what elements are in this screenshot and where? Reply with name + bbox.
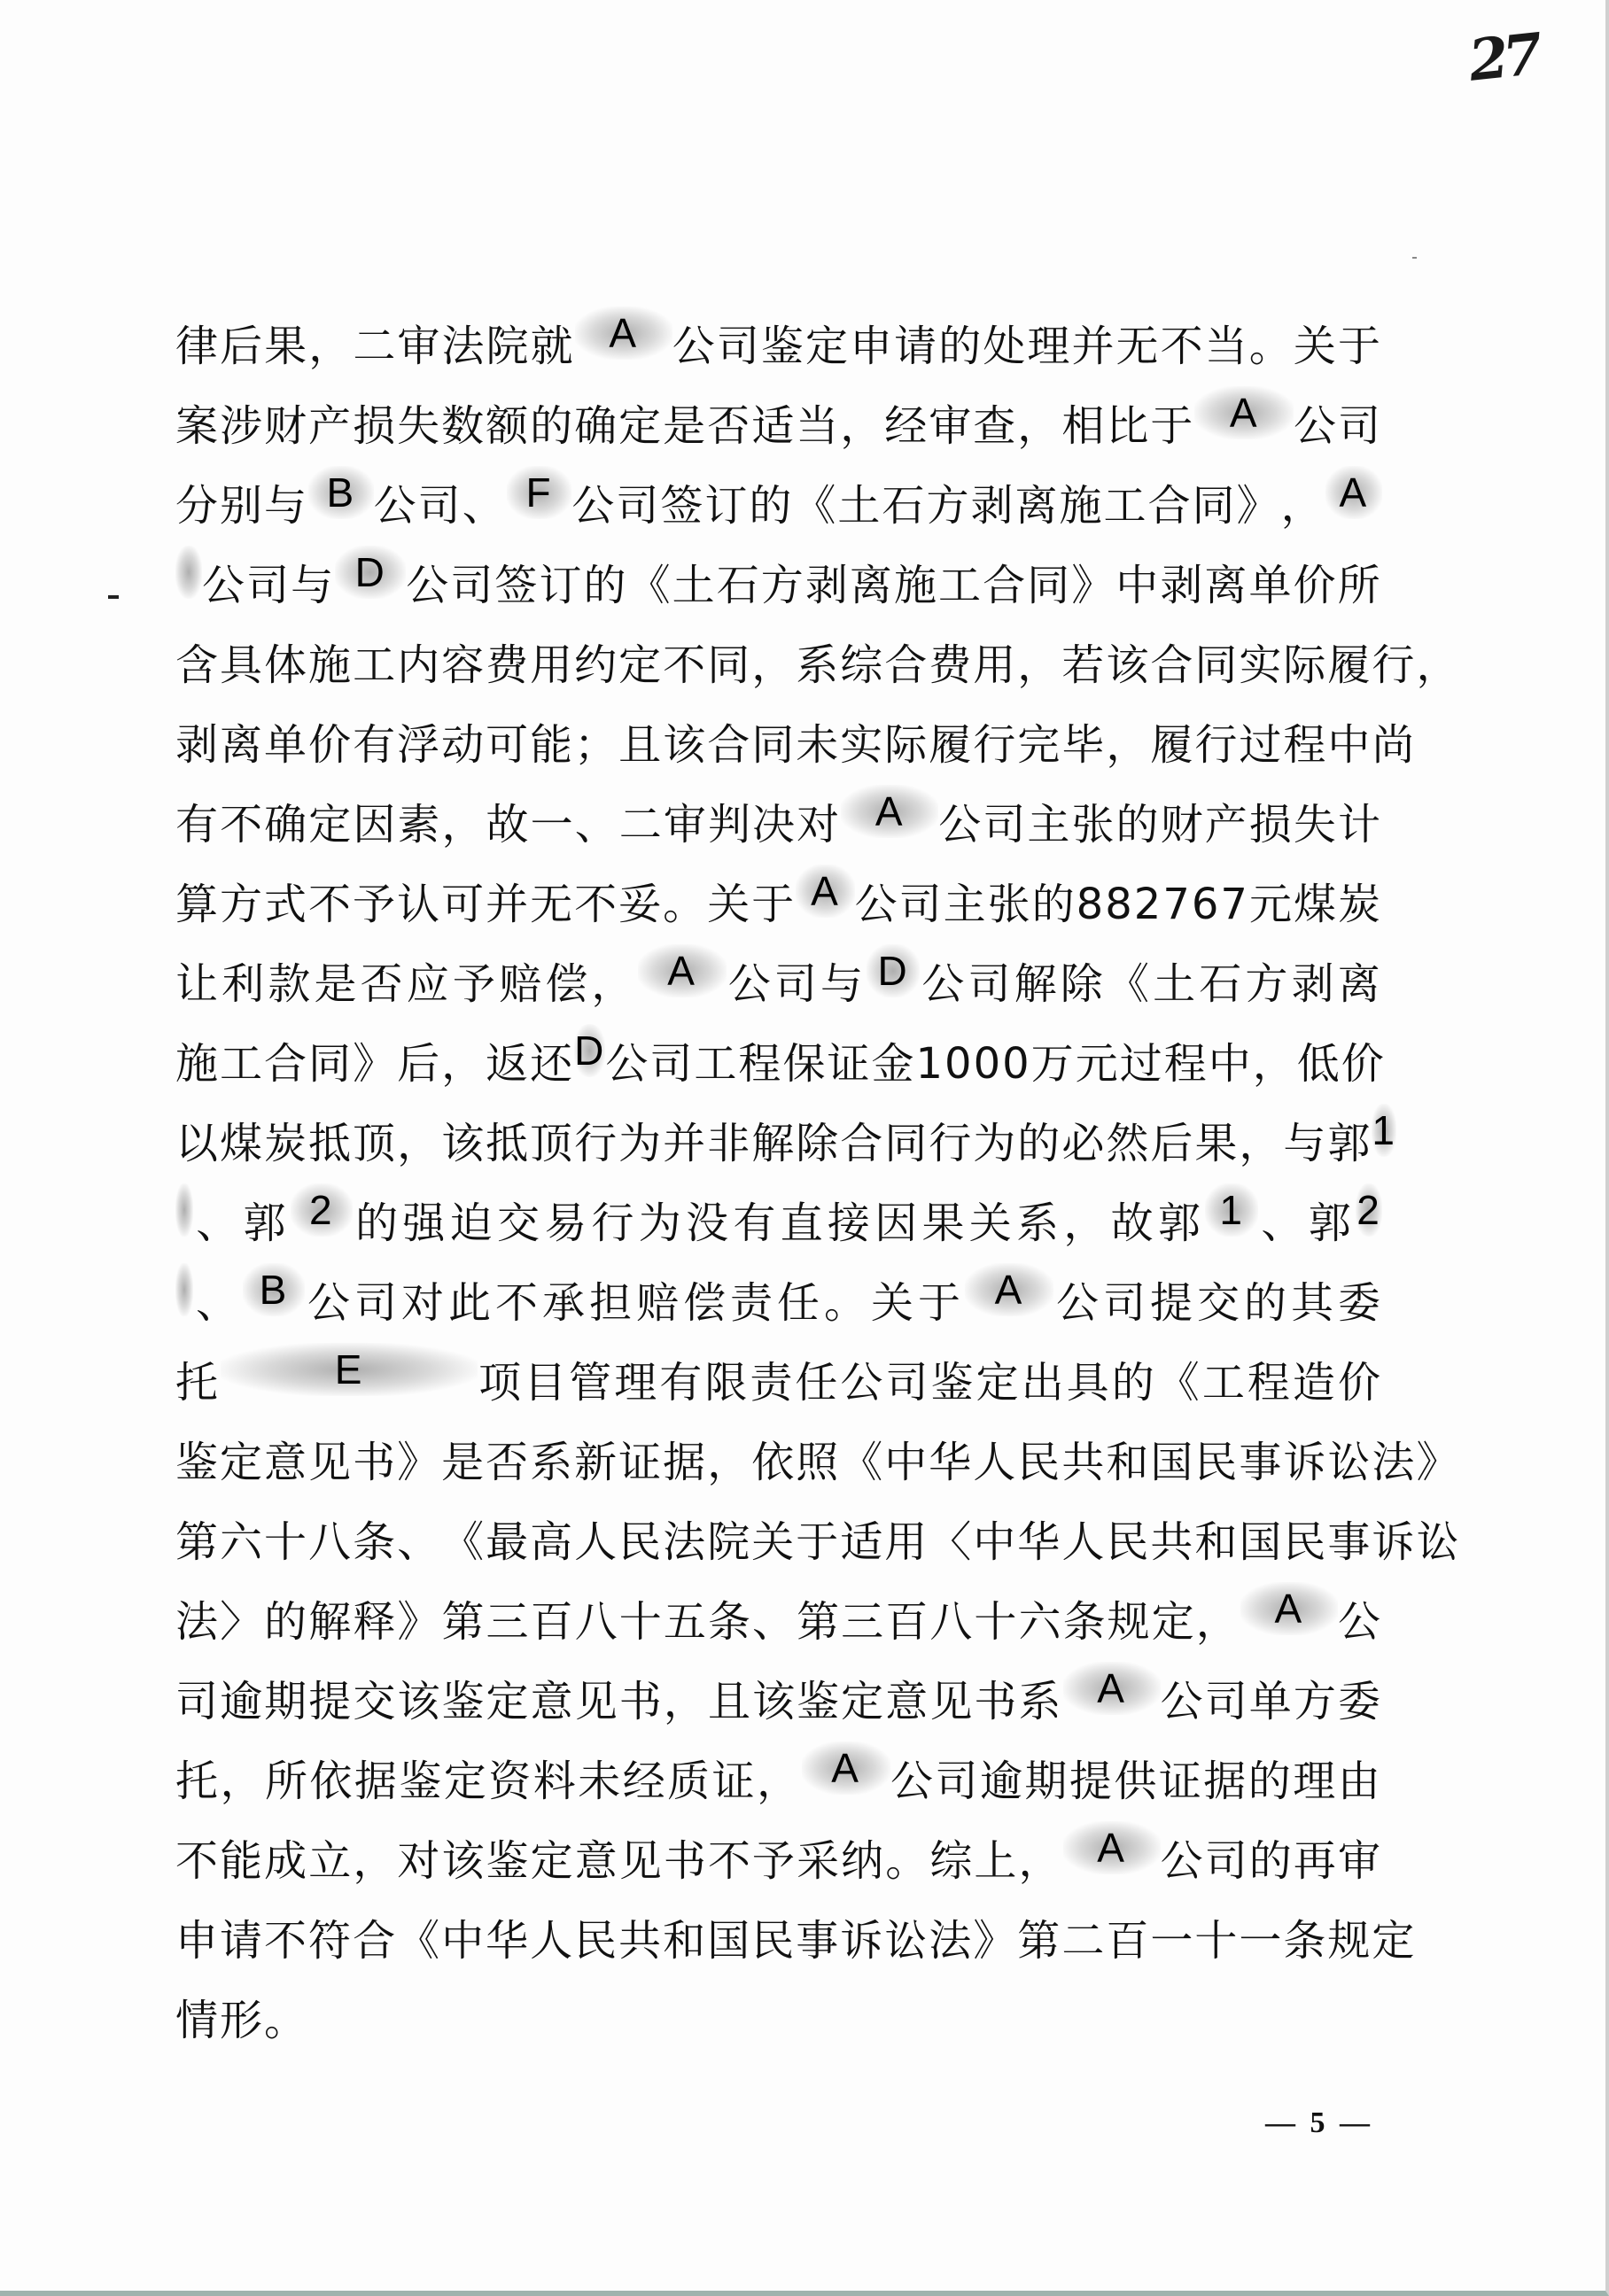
text-char: 证 [827,1024,871,1104]
text-char: 保 [782,1024,827,1104]
text-char: 财 [1161,785,1205,865]
text-char: 有 [353,705,397,785]
text-char: 郭 [1327,1104,1372,1183]
text-char: 离 [220,705,264,785]
text-char: 定 [841,1662,885,1741]
text-char: 对 [797,785,841,865]
text-char: 项 [478,1343,523,1423]
text-char: 。 [1249,306,1294,386]
text-char: 因 [353,785,397,865]
text-char: 合 [983,546,1027,625]
text-char: 8 [1105,865,1134,944]
text-char: 不 [708,1821,752,1901]
text-char: 单 [264,705,308,785]
text-char: 际 [884,705,929,785]
text-char: 经 [884,386,929,466]
text-char: 》 [353,1024,397,1104]
text-char: 八 [929,1582,974,1662]
document-body-text: 律后果，二审法院就A公司鉴定申请的处理并无不当。关于案涉财产损失数额的确定是否适… [175,306,1382,2060]
text-char: 和 [663,1901,707,1981]
text-char: 予 [353,865,397,944]
text-char: 程 [738,1024,782,1104]
text-char: 中 [1327,705,1372,785]
text-char: 申 [175,1901,220,1981]
text-char: 鉴 [761,306,805,386]
text-char: 的 [264,1582,308,1662]
redacted-party-name [175,1263,193,1316]
text-char: 是 [663,386,707,466]
text-char: ， [751,625,796,705]
text-char: ， [1018,1821,1062,1901]
text-char: 法 [663,1502,707,1582]
text-char: 元 [1249,865,1294,944]
text-line: 鉴定意见书》是否系新证据，依照《中华人民共和国民事诉讼法》 [175,1423,1382,1502]
text-char: 同 [1027,546,1071,625]
text-char: 意 [264,1423,308,1502]
text-char: 含 [175,625,220,705]
text-char: 承 [542,1263,587,1343]
text-char: 0 [974,1024,1003,1104]
text-char: 见 [619,1821,664,1901]
text-char: 石 [717,546,761,625]
text-char: 民 [1283,1502,1327,1582]
text-char: 并 [1071,306,1115,386]
text-char: 施 [894,546,938,625]
text-char: 7 [1220,865,1249,944]
text-char: 合 [840,1104,884,1183]
text-char: 理 [614,1343,658,1423]
text-char: 石 [1199,944,1243,1024]
text-char: 方 [1294,1662,1338,1741]
text-char: 资 [488,1741,532,1821]
text-char: 0 [944,1024,974,1104]
text-char: 否 [707,386,751,466]
text-char: ， [308,306,353,386]
text-char: 程 [1164,1024,1209,1104]
text-char: 一 [1150,1901,1194,1981]
text-char: 百 [885,1582,929,1662]
text-char: 目 [524,1343,568,1423]
text-char: 法 [441,306,486,386]
text-char: 不 [264,1901,308,1981]
text-char: 采 [797,1821,841,1901]
text-char: 果 [1194,1104,1239,1183]
text-char: 无 [1116,306,1161,386]
text-char: 公 [1161,1821,1205,1901]
text-char: 公 [307,1263,352,1343]
text-char: 书 [353,1423,397,1502]
text-char: 条 [1283,1901,1327,1981]
text-char: 剥 [1292,944,1336,1024]
text-char: 讼 [884,1901,929,1981]
text-char: 》 [1071,546,1115,625]
text-char: 立 [308,1821,353,1901]
text-char: 民 [1194,1423,1239,1502]
text-char: 百 [1106,1901,1150,1981]
text-char: 非 [707,1104,751,1183]
redacted-party-name: A [638,944,727,997]
text-char: 具 [1067,1343,1111,1423]
text-char: 托 [175,1741,220,1821]
text-char: 定 [220,1423,264,1502]
text-char: 规 [1327,1901,1372,1981]
text-char: 强 [402,1183,447,1263]
text-char: 尚 [1372,705,1416,785]
text-char: 书 [974,1662,1018,1741]
text-char: 造 [1293,1343,1337,1423]
text-char: 款 [268,944,312,1024]
text-char: 逾 [980,1741,1024,1821]
text-char: 任 [777,1263,821,1343]
text-char: 》 [973,1901,1017,1981]
text-char: 理 [1293,1741,1337,1821]
text-line: 第六十八条、《最高人民法院关于适用〈中华人民共和国民事诉讼 [175,1502,1382,1582]
text-char: 二 [619,785,664,865]
text-char: 其 [1291,1263,1335,1343]
text-char: 有 [175,785,220,865]
text-char: 据 [354,1741,399,1821]
text-char: 低 [1297,1024,1341,1104]
text-char: 并 [663,1104,707,1183]
text-line: 有不确定因素，故一、二审判决对A公司主张的财产损失计 [175,785,1382,865]
text-char: 期 [264,1662,308,1741]
text-char: 定 [531,1821,575,1901]
text-char: 若 [1061,625,1106,705]
text-char: 内 [397,625,441,705]
text-char: 》 [1237,466,1281,546]
text-char: 故 [486,785,531,865]
text-char: 十 [619,1582,664,1662]
text-char: ， [707,1423,751,1502]
text-char: 有 [659,1343,703,1423]
text-char: 合 [264,1024,308,1104]
text-char: 公 [1338,1582,1382,1662]
text-char: 0 [1002,1024,1031,1104]
text-char: 该 [663,705,707,785]
text-char: 公 [921,944,966,1024]
text-char: 公 [374,466,418,546]
text-char: 同 [707,625,751,705]
text-char: 诉 [1372,1502,1416,1582]
text-char: 百 [531,1582,575,1662]
text-char: 交 [1197,1263,1241,1343]
text-char: 委 [1338,1662,1382,1741]
text-line: 、郭2的强迫交易行为没有直接因果关系，故郭1、郭2 [175,1183,1382,1263]
text-char: ， [1017,625,1061,705]
text-char: 际 [1283,625,1327,705]
text-char: 案 [175,386,220,466]
text-char: 与 [820,944,865,1024]
text-line: 分别与B公司、F公司签订的《土石方剥离施工合同》，A [175,466,1382,546]
text-char: ， [353,1821,397,1901]
text-char: 上 [974,1821,1018,1901]
text-char: 必 [1061,1104,1106,1183]
text-char: 行 [592,1183,636,1263]
text-char: 方 [220,865,264,944]
text-char: 《 [441,1502,486,1582]
text-char: 体 [264,625,308,705]
text-char: 任 [795,1343,839,1423]
text-char: 五 [664,1582,708,1662]
text-char: 司 [354,1263,399,1343]
text-char: 中 [1209,1024,1253,1104]
text-char: 与 [1283,1104,1327,1183]
text-char: 交 [497,1183,541,1263]
text-char: 并 [486,865,530,944]
text-char: 该 [441,1821,486,1901]
text-char: 责 [750,1343,794,1423]
text-char: 提 [1150,1263,1194,1343]
text-char: 为 [973,1104,1017,1183]
text-char: 履 [929,705,973,785]
text-char: ， [840,386,884,466]
text-char: 国 [1150,1423,1194,1502]
text-char: 三 [486,1582,531,1662]
text-line: 情形。 [175,1981,1382,2060]
text-char: 《 [1157,1343,1201,1423]
text-char: 抵 [308,1104,353,1183]
text-char: 供 [1114,1741,1158,1821]
text-char: 财 [264,386,308,466]
text-char: 院 [707,1502,751,1582]
redacted-party-name: D [574,1024,605,1077]
text-char: 的 [1248,1741,1293,1821]
text-char: 此 [448,1263,493,1343]
text-char: 离 [1338,944,1382,1024]
text-char: 意 [531,1662,575,1741]
text-char: 比 [1106,386,1150,466]
text-char: 讼 [1416,1502,1460,1582]
text-char: 利 [222,944,266,1024]
text-char: 规 [1108,1582,1152,1662]
text-char: 失 [1294,785,1338,865]
scan-speck [1412,257,1417,259]
text-char: 中 [441,1901,486,1981]
text-char: 的 [530,386,574,466]
text-char: 公 [1294,386,1338,466]
text-char: 施 [308,625,353,705]
text-char: 煤 [220,1104,264,1183]
text-char: 应 [407,944,451,1024]
text-char: 司 [935,1741,979,1821]
text-line: 、B公司对此不承担赔偿责任。关于A公司提交的其委 [175,1263,1382,1343]
text-line: 以煤炭抵顶，该抵顶行为并非解除合同行为的必然后果，与郭1 [175,1104,1382,1183]
text-char: 认 [397,865,441,944]
text-char: 于 [796,1502,840,1582]
text-char: 当 [1205,306,1249,386]
text-char: 申 [850,306,894,386]
text-char: 予 [453,944,497,1024]
text-char: 炭 [1338,865,1382,944]
text-char: 的 [1017,1104,1061,1183]
text-char: 证 [618,1423,663,1502]
text-char: 没 [686,1183,730,1263]
text-char: 所 [1338,546,1382,625]
text-char: 的 [1244,1263,1288,1343]
text-char: 容 [441,625,486,705]
text-char: 对 [397,1821,441,1901]
text-char: 离 [1014,466,1059,546]
text-char: 同 [1194,625,1239,705]
text-char: 毕 [1061,705,1106,785]
text-char: 让 [175,944,220,1024]
text-char: 意 [575,1821,619,1901]
text-char: 符 [308,1901,353,1981]
text-char: 妥 [618,865,663,944]
text-char: 民 [574,1901,618,1981]
text-char: 同 [884,1104,929,1183]
text-char: 工 [694,1024,738,1104]
text-char: 不 [574,865,618,944]
text-char: 相 [1061,386,1106,466]
text-char: 照 [796,1423,840,1502]
text-char: 定 [618,625,663,705]
text-char: 实 [840,705,884,785]
text-char: 第 [1017,1901,1061,1981]
text-char: 行 [973,705,1017,785]
redacted-party-name: A [1063,1821,1161,1874]
text-char: 决 [752,785,797,865]
text-char: 偿 [683,1263,727,1343]
text-char: 经 [623,1741,667,1821]
text-char: 金 [871,1024,915,1104]
text-char: 剥 [970,466,1014,546]
text-char: 料 [533,1741,578,1821]
text-char: 公 [406,546,450,625]
text-char: 人 [530,1901,574,1981]
text-char: 1 [915,1024,944,1104]
text-char: 施 [175,1024,220,1104]
text-char: 请 [220,1901,264,1981]
text-char: 于 [751,865,796,944]
text-char: 方 [1245,944,1289,1024]
text-char: 证 [712,1741,757,1821]
text-char: ， [220,1741,264,1821]
text-char: 第 [175,1502,220,1582]
text-char: 同 [1193,466,1237,546]
text-char: 司 [418,466,462,546]
text-char: 系 [796,625,840,705]
text-char: 的 [584,546,628,625]
text-char: 确 [574,386,618,466]
redacted-party-name: D [867,944,920,997]
text-char: 解 [1014,944,1059,1024]
text-char: 离 [850,546,894,625]
text-line: 让利款是否应予赔偿，A公司与D公司解除《土石方剥离 [175,944,1382,1024]
text-char: 解 [308,1582,353,1662]
text-char: 的 [749,466,793,546]
redacted-party-name: A [841,785,938,838]
text-char: 鉴 [399,1741,443,1821]
text-char: 方 [926,466,970,546]
text-char: 据 [663,1423,707,1502]
text-char: 综 [929,1821,974,1901]
text-char: 公 [1056,1263,1100,1343]
text-char: 成 [264,1821,308,1901]
text-char: 的 [1249,1821,1294,1901]
text-char: 司 [1205,1662,1249,1741]
text-char: 诉 [1283,1423,1327,1502]
redacted-party-name: A [1240,1582,1338,1635]
text-char: 有 [733,1183,777,1263]
text-char: 与 [264,466,308,546]
text-char: 法 [1372,1423,1416,1502]
text-char: 法 [929,1901,973,1981]
text-char: 剥 [805,546,850,625]
text-char: 司 [886,1343,930,1423]
scan-speck [108,595,119,599]
text-char: 7 [1162,865,1192,944]
text-char: 《 [397,1901,441,1981]
text-char: 审 [1338,1821,1382,1901]
text-char: 二 [1061,1901,1106,1981]
text-char: 人 [973,1423,1017,1502]
text-char: ， [1106,705,1150,785]
text-char: 司 [774,944,819,1024]
text-char: 费 [486,625,530,705]
text-char: 是 [441,1423,486,1502]
text-char: 二 [353,306,397,386]
text-char: 公 [202,546,246,625]
text-char: 管 [569,1343,613,1423]
text-char: 果 [264,306,308,386]
text-char: 合 [1150,625,1194,705]
text-char: 是 [314,944,358,1024]
text-char: 诉 [840,1901,884,1981]
handwritten-folio-number: 27 [1465,21,1540,95]
text-char: 6 [1192,865,1221,944]
text-char: 合 [707,705,751,785]
text-char: 提 [308,1662,353,1741]
text-char: 条 [1063,1582,1108,1662]
text-char: 离 [1204,546,1248,625]
text-line: 施工合同》后，返还D公司工程保证金 1000 万元过程中，低价 [175,1024,1382,1104]
text-char: 履 [1327,625,1372,705]
text-char: 公 [840,1343,884,1423]
redacted-party-name [175,1183,193,1237]
text-char: 书 [664,1821,708,1901]
text-char: 主 [1027,785,1071,865]
redacted-party-name: A [1325,466,1382,519]
redacted-party-name: D [335,546,406,599]
text-char: 定 [1152,1582,1196,1662]
text-char: 履 [1150,705,1194,785]
text-char: 返 [486,1024,530,1104]
text-char: ， [441,1024,486,1104]
text-char: ， [757,1741,801,1821]
text-char: 鉴 [797,1662,841,1741]
text-char: ， [397,1104,441,1183]
text-char: 高 [530,1502,574,1582]
text-char: 司 [450,546,494,625]
text-char: 对 [401,1263,446,1343]
text-char: ， [1063,1183,1108,1263]
text-char: 行 [929,1104,973,1183]
text-char: 。 [885,1821,929,1901]
text-char: 中 [884,1423,929,1502]
text-char: 可 [441,865,486,944]
text-char: 民 [1017,1423,1061,1502]
text-char: 司 [1103,1263,1147,1343]
text-char: 请 [894,306,938,386]
text-char: 除 [1061,944,1105,1024]
text-char: 该 [752,1662,797,1741]
text-char: 张 [988,865,1032,944]
text-char: 易 [544,1183,588,1263]
text-char: 中 [973,1502,1017,1582]
text-char: 查 [973,386,1017,466]
text-char: 和 [1106,1423,1150,1502]
